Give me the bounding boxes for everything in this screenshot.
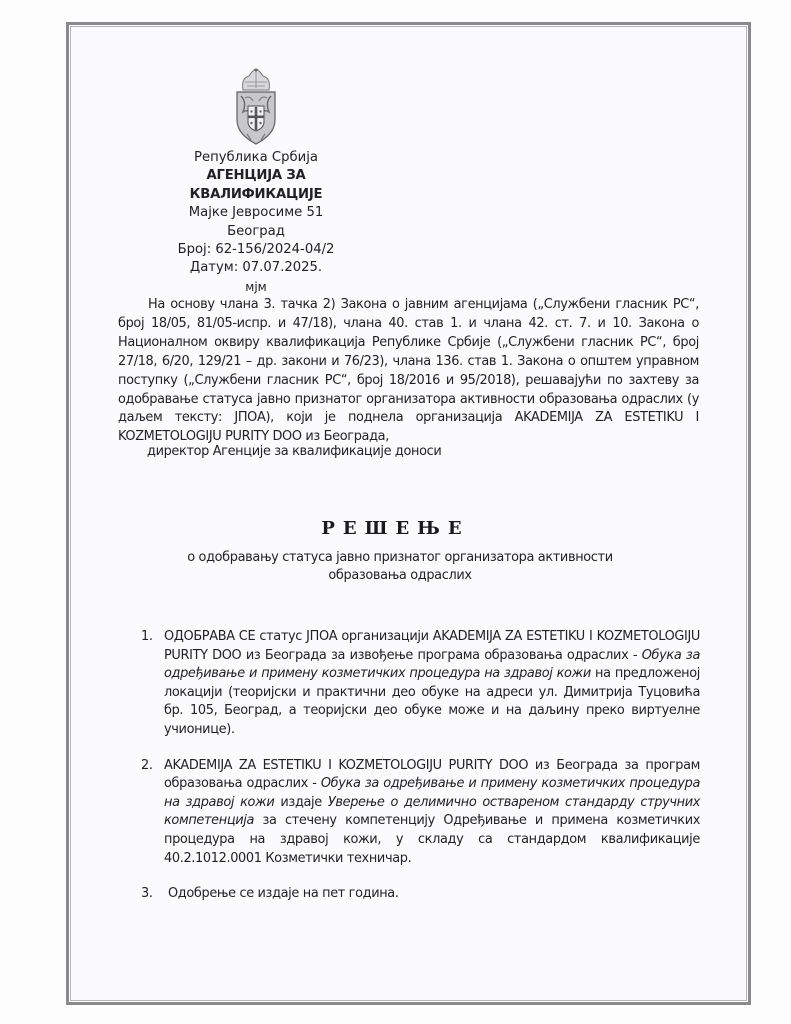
decision-item: 2. AKADEMIJA ZA ESTETIKU I KOZMETOLOGIJU… xyxy=(141,757,700,869)
agency-city: Београд xyxy=(140,223,372,241)
decision-subtitle: о одобравању статуса јавно признатог орг… xyxy=(160,549,640,584)
decision-items: 1. ОДОБРАВА СЕ статус ЈПОА организацији … xyxy=(141,628,700,904)
item-number: 2. xyxy=(141,757,153,776)
item-number: 1. xyxy=(141,628,153,647)
decision-title: РЕШЕЊЕ xyxy=(0,518,791,539)
document-number: Број: 62-156/2024-04/2 xyxy=(140,241,372,259)
decision-item: 1. ОДОБРАВА СЕ статус ЈПОА организацији … xyxy=(141,628,700,740)
director-line: директор Агенције за квалификације донос… xyxy=(147,444,441,459)
item-number: 3. xyxy=(141,885,153,904)
item-text: Одобрење се издаје на пет година. xyxy=(168,886,399,901)
author-initials: мјм xyxy=(140,278,372,296)
item-text: ОДОБРАВА СЕ статус ЈПОА организацији AKA… xyxy=(164,629,700,663)
preamble-paragraph: На основу члана 3. тачка 2) Закона о јав… xyxy=(118,296,699,447)
decision-item: 3. Одобрење се издаје на пет година. xyxy=(141,885,700,904)
country-name: Република Србија xyxy=(140,149,372,167)
item-text: издаје xyxy=(274,795,328,810)
serbian-coat-of-arms-icon xyxy=(233,68,279,146)
agency-street: Мајке Јевросиме 51 xyxy=(140,204,372,222)
agency-name: АГЕНЦИЈА ЗА КВАЛИФИКАЦИЈЕ xyxy=(140,167,372,204)
document-header: Република Србија АГЕНЦИЈА ЗА КВАЛИФИКАЦИ… xyxy=(140,149,372,296)
document-date: Датум: 07.07.2025. xyxy=(140,259,372,277)
